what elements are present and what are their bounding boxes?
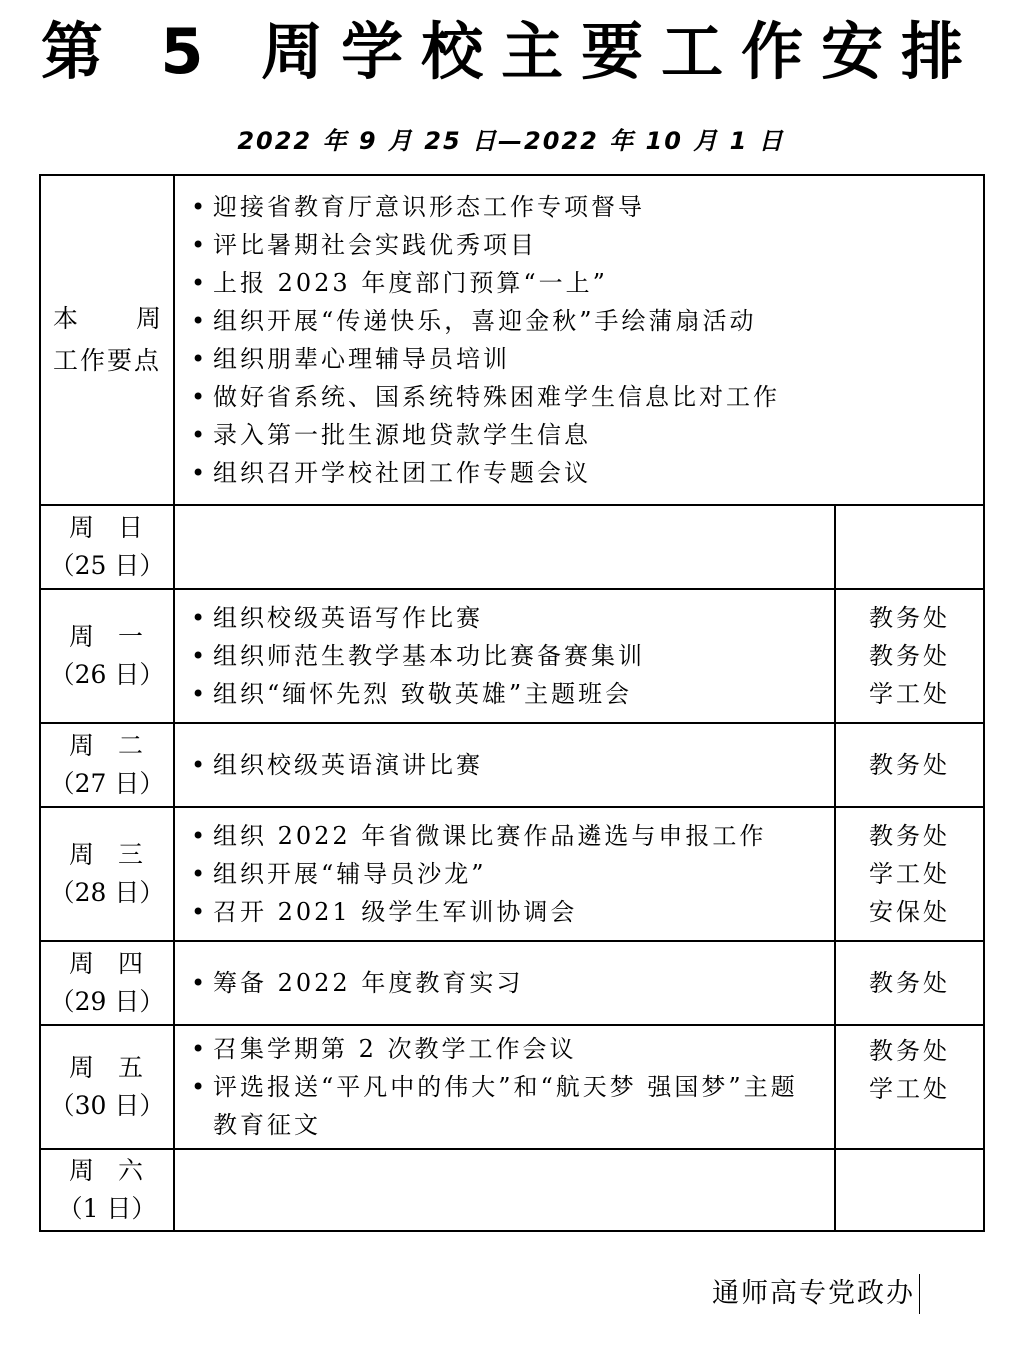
list-item: 录入第一批生源地贷款学生信息 xyxy=(189,416,973,454)
dept-cell: 教务处 学工处 安保处 xyxy=(835,807,984,941)
dept-label: 教务处 xyxy=(836,1032,983,1070)
dept-cell: 教务处 教务处 学工处 xyxy=(835,589,984,723)
schedule-table: 本周 工作要点 迎接省教育厅意识形态工作专项督导 评比暑期社会实践优秀项目 上报… xyxy=(39,174,985,1232)
day-name: 周日 xyxy=(41,509,173,547)
day-name: 周六 xyxy=(41,1152,173,1190)
day-cell: 周日（25 日） xyxy=(40,505,174,589)
task-list: 组织校级英语写作比赛 组织师范生教学基本功比赛备赛集训 组织“缅怀先烈 致敬英雄… xyxy=(175,599,834,713)
date-range: 2022 年 9 月 25 日—2022 年 10 月 1 日 xyxy=(0,124,1022,158)
dept-label: 教务处 xyxy=(836,817,983,855)
label-ben: 本 xyxy=(53,298,78,340)
dept-cell xyxy=(835,1149,984,1231)
list-item: 评选报送“平凡中的伟大”和“航天梦 强国梦”主题教育征文 xyxy=(189,1068,824,1144)
dept-label: 安保处 xyxy=(836,893,983,931)
day-name: 周五 xyxy=(41,1049,173,1087)
day-cell: 周六（1 日） xyxy=(40,1149,174,1231)
day-name: 周二 xyxy=(41,727,173,765)
label-work-points: 工作要点 xyxy=(41,340,173,382)
tasks-cell: 筹备 2022 年度教育实习 xyxy=(174,941,835,1025)
list-item: 召开 2021 级学生军训协调会 xyxy=(189,893,824,931)
day-name: 周三 xyxy=(41,836,173,874)
list-item: 组织召开学校社团工作专题会议 xyxy=(189,454,973,492)
dept-cell: 教务处 xyxy=(835,941,984,1025)
tasks-cell: 组织校级英语演讲比赛 xyxy=(174,723,835,807)
list-item: 组织校级英语写作比赛 xyxy=(189,599,824,637)
day-date: （29 日） xyxy=(50,987,165,1016)
key-points-label: 本周 工作要点 xyxy=(40,175,174,505)
table-row-wednesday: 周三（28 日） 组织 2022 年省微课比赛作品遴选与申报工作 组织开展“辅导… xyxy=(40,807,984,941)
list-item: 上报 2023 年度部门预算“一上” xyxy=(189,264,973,302)
day-cell: 周五（30 日） xyxy=(40,1025,174,1149)
tasks-cell: 召集学期第 2 次教学工作会议 评选报送“平凡中的伟大”和“航天梦 强国梦”主题… xyxy=(174,1025,835,1149)
list-item: 组织校级英语演讲比赛 xyxy=(189,746,824,784)
table-row-tuesday: 周二（27 日） 组织校级英语演讲比赛 教务处 xyxy=(40,723,984,807)
table-row-monday: 周一（26 日） 组织校级英语写作比赛 组织师范生教学基本功比赛备赛集训 组织“… xyxy=(40,589,984,723)
day-cell: 周四（29 日） xyxy=(40,941,174,1025)
tasks-cell xyxy=(174,505,835,589)
page-title: 第 5 周学校主要工作安排 xyxy=(0,12,1022,92)
dept-cell: 教务处 学工处 xyxy=(835,1025,984,1149)
day-date: （25 日） xyxy=(50,551,165,580)
label-zhou: 周 xyxy=(136,298,161,340)
dept-label: 学工处 xyxy=(836,1070,983,1108)
list-item: 评比暑期社会实践优秀项目 xyxy=(189,226,973,264)
dept-label: 教务处 xyxy=(836,964,983,1002)
task-list: 召集学期第 2 次教学工作会议 评选报送“平凡中的伟大”和“航天梦 强国梦”主题… xyxy=(175,1030,834,1144)
list-item: 组织“缅怀先烈 致敬英雄”主题班会 xyxy=(189,675,824,713)
list-item: 召集学期第 2 次教学工作会议 xyxy=(189,1030,824,1068)
list-item: 组织师范生教学基本功比赛备赛集训 xyxy=(189,637,824,675)
list-item: 组织朋辈心理辅导员培训 xyxy=(189,340,973,378)
day-cell: 周一（26 日） xyxy=(40,589,174,723)
list-item: 筹备 2022 年度教育实习 xyxy=(189,964,824,1002)
signature: 通师高专党政办 xyxy=(712,1274,920,1314)
day-date: （30 日） xyxy=(50,1091,165,1120)
table-row-sunday: 周日（25 日） xyxy=(40,505,984,589)
day-date: （26 日） xyxy=(50,660,165,689)
tasks-cell xyxy=(174,1149,835,1231)
day-date: （28 日） xyxy=(50,878,165,907)
day-name: 周一 xyxy=(41,618,173,656)
task-list: 组织校级英语演讲比赛 xyxy=(175,746,834,784)
table-row-thursday: 周四（29 日） 筹备 2022 年度教育实习 教务处 xyxy=(40,941,984,1025)
tasks-cell: 组织校级英语写作比赛 组织师范生教学基本功比赛备赛集训 组织“缅怀先烈 致敬英雄… xyxy=(174,589,835,723)
dept-cell: 教务处 xyxy=(835,723,984,807)
list-item: 做好省系统、国系统特殊困难学生信息比对工作 xyxy=(189,378,973,416)
list-item: 组织 2022 年省微课比赛作品遴选与申报工作 xyxy=(189,817,824,855)
dept-label: 学工处 xyxy=(836,675,983,713)
day-date: （1 日） xyxy=(58,1194,157,1223)
dept-label: 教务处 xyxy=(836,599,983,637)
dept-label: 教务处 xyxy=(836,637,983,675)
task-list: 筹备 2022 年度教育实习 xyxy=(175,964,834,1002)
day-name: 周四 xyxy=(41,945,173,983)
key-points-row: 本周 工作要点 迎接省教育厅意识形态工作专项督导 评比暑期社会实践优秀项目 上报… xyxy=(40,175,984,505)
day-cell: 周三（28 日） xyxy=(40,807,174,941)
table-row-friday: 周五（30 日） 召集学期第 2 次教学工作会议 评选报送“平凡中的伟大”和“航… xyxy=(40,1025,984,1149)
dept-label: 教务处 xyxy=(836,746,983,784)
key-points-list: 迎接省教育厅意识形态工作专项督导 评比暑期社会实践优秀项目 上报 2023 年度… xyxy=(175,188,983,492)
list-item: 迎接省教育厅意识形态工作专项督导 xyxy=(189,188,973,226)
list-item: 组织开展“传递快乐，喜迎金秋”手绘蒲扇活动 xyxy=(189,302,973,340)
table-row-saturday: 周六（1 日） xyxy=(40,1149,984,1231)
day-date: （27 日） xyxy=(50,769,165,798)
task-list: 组织 2022 年省微课比赛作品遴选与申报工作 组织开展“辅导员沙龙” 召开 2… xyxy=(175,817,834,931)
dept-label: 学工处 xyxy=(836,855,983,893)
list-item: 组织开展“辅导员沙龙” xyxy=(189,855,824,893)
tasks-cell: 组织 2022 年省微课比赛作品遴选与申报工作 组织开展“辅导员沙龙” 召开 2… xyxy=(174,807,835,941)
key-points-list-cell: 迎接省教育厅意识形态工作专项督导 评比暑期社会实践优秀项目 上报 2023 年度… xyxy=(174,175,984,505)
dept-cell xyxy=(835,505,984,589)
day-cell: 周二（27 日） xyxy=(40,723,174,807)
